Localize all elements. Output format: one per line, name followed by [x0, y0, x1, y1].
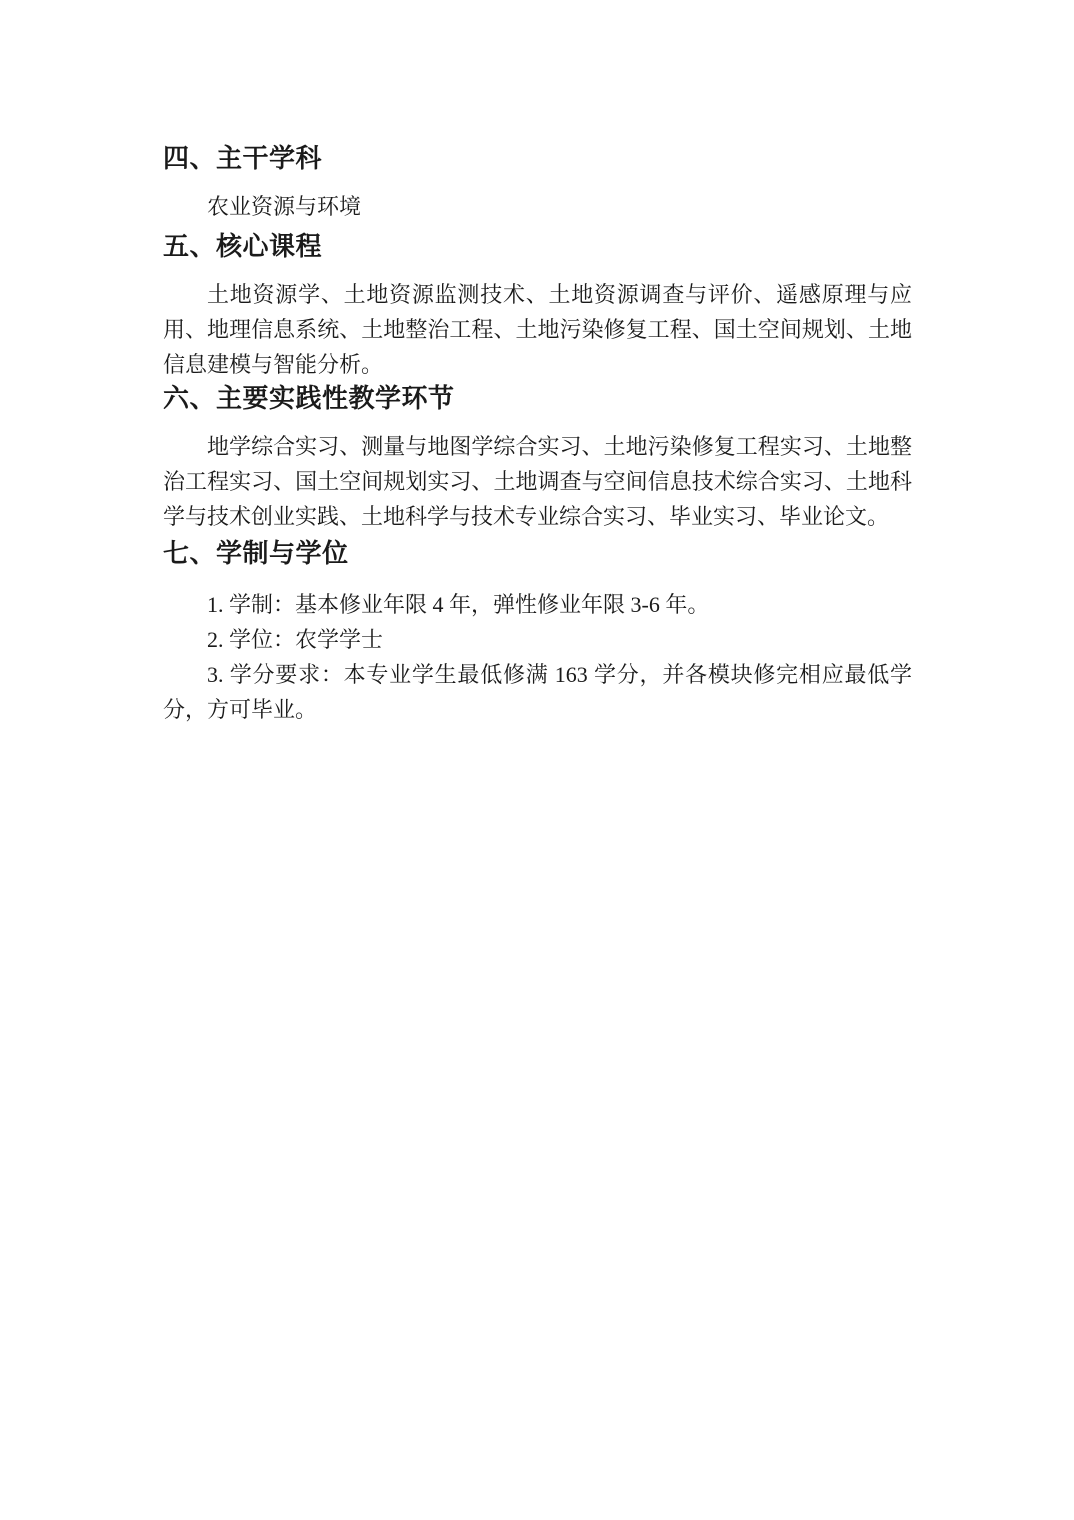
paragraph-core-courses: 土地资源学、土地资源监测技术、土地资源调查与评价、遥感原理与应用、地理信息系统、…	[163, 277, 912, 382]
list-item-degree: 2. 学位：农学学士	[163, 622, 912, 657]
section-heading-main-disciplines: 四、主干学科	[163, 141, 912, 175]
list-item-schooling-years: 1. 学制：基本修业年限 4 年，弹性修业年限 3-6 年。	[163, 587, 912, 622]
paragraph-practical-teaching: 地学综合实习、测量与地图学综合实习、土地污染修复工程实习、土地整治工程实习、国土…	[163, 429, 912, 534]
paragraph-main-disciplines: 农业资源与环境	[163, 189, 912, 224]
section-heading-core-courses: 五、核心课程	[163, 229, 912, 263]
list-item-credit-requirements: 3. 学分要求：本专业学生最低修满 163 学分，并各模块修完相应最低学分，方可…	[163, 657, 912, 727]
section-heading-practical-teaching: 六、主要实践性教学环节	[163, 381, 912, 415]
document-page: 四、主干学科 农业资源与环境 五、核心课程 土地资源学、土地资源监测技术、土地资…	[0, 0, 1074, 1520]
section-heading-schooling-degree: 七、学制与学位	[163, 536, 912, 570]
